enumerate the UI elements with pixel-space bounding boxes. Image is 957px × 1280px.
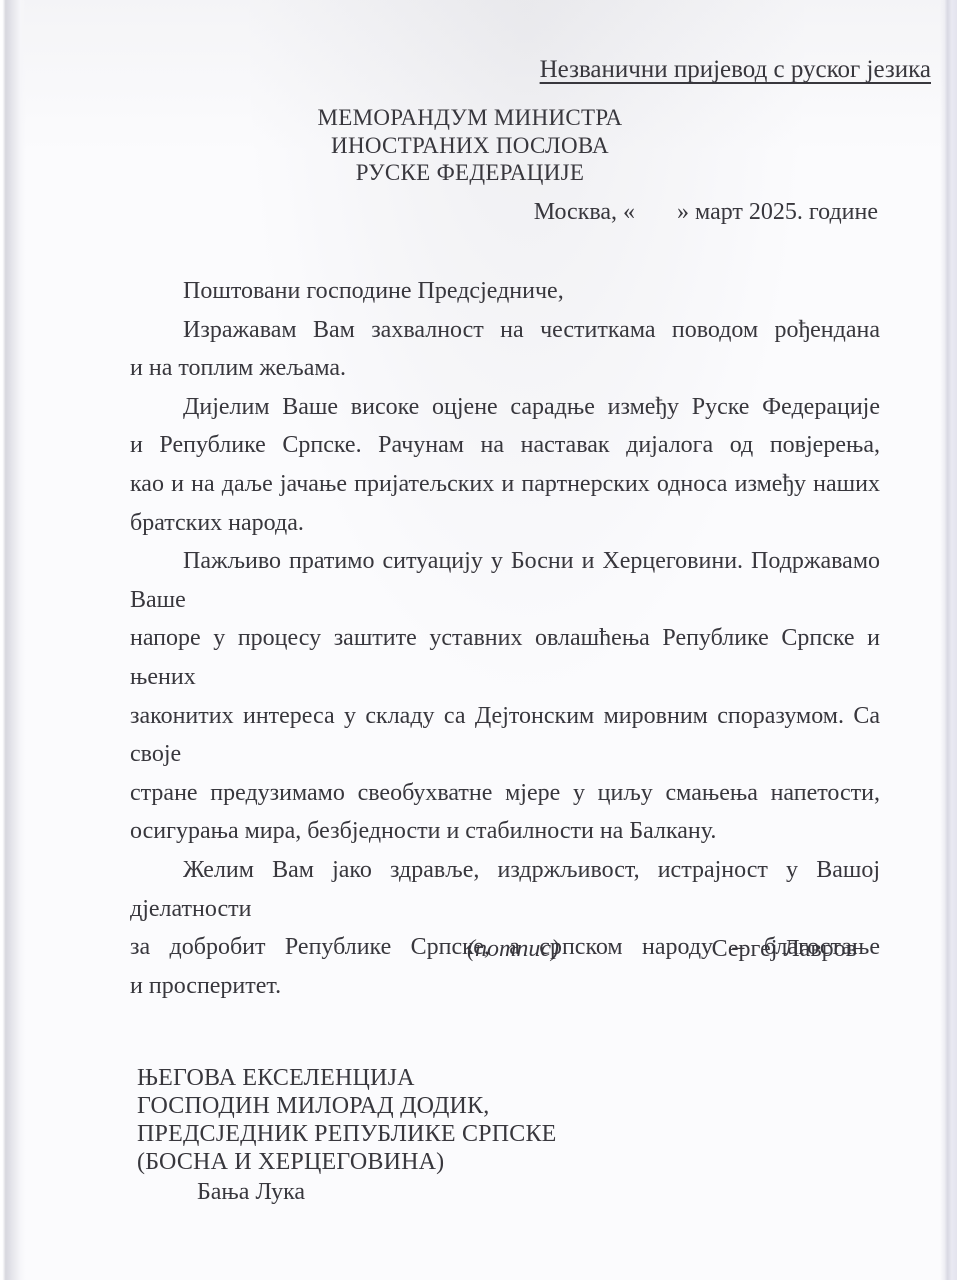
body-line: напоре у процесу заштите уставних овлашћ… bbox=[130, 619, 880, 696]
body-line: братских народа. bbox=[130, 504, 880, 543]
memo-title-line: РУСКЕ ФЕДЕРАЦИЈЕ bbox=[130, 159, 810, 187]
body-line: Желим Вам јако здравље, издржљивост, ист… bbox=[130, 851, 880, 928]
memo-title-line: ИНОСТРАНИХ ПОСЛОВА bbox=[130, 132, 810, 160]
dateline: Москва, « » март 2025. године bbox=[534, 199, 878, 226]
memo-title: МЕМОРАНДУМ МИНИСТРА ИНОСТРАНИХ ПОСЛОВА Р… bbox=[130, 104, 810, 187]
signature-row: (потпис) Сергеј Лавров bbox=[130, 934, 880, 965]
body-line: законитих интереса у складу са Дејтонски… bbox=[130, 697, 880, 774]
scanned-letter-page: Незванични пријевод с руског језика МЕМО… bbox=[0, 0, 957, 1280]
recipient-block: ЊЕГОВА ЕКСЕЛЕНЦИЈА ГОСПОДИН МИЛОРАД ДОДИ… bbox=[137, 1064, 557, 1206]
signature-annotation: (потпис) bbox=[467, 934, 559, 965]
body-line: Пажљиво пратимо ситуацију у Босни и Херц… bbox=[130, 542, 880, 619]
body-line: и Републике Српске. Рачунам на наставак … bbox=[130, 426, 880, 465]
body-line: и просперитет. bbox=[130, 967, 880, 1006]
translation-note: Незванични пријевод с руског језика bbox=[540, 56, 931, 84]
page-left-edge-shadow bbox=[0, 0, 26, 1280]
letter-body: Поштовани господине Предсједниче,Изражав… bbox=[130, 272, 880, 1005]
body-line: као и на даље јачање пријатељских и парт… bbox=[130, 465, 880, 504]
body-line: и на топлим жељама. bbox=[130, 349, 880, 388]
page-right-edge-shadow bbox=[940, 0, 957, 1280]
recipient-line: ПРЕДСЈЕДНИК РЕПУБЛИКЕ СРПСКЕ bbox=[137, 1120, 557, 1148]
body-line: стране предузимамо свеобухватне мјере у … bbox=[130, 774, 880, 813]
paragraph: Желим Вам јако здравље, издржљивост, ист… bbox=[130, 851, 880, 1005]
body-line: Изражавам Вам захвалност на честиткама п… bbox=[130, 311, 880, 350]
recipient-line: ГОСПОДИН МИЛОРАД ДОДИК, bbox=[137, 1092, 557, 1120]
body-line: Дијелим Ваше високе оцјене сарадње измеђ… bbox=[130, 388, 880, 427]
recipient-line: ЊЕГОВА ЕКСЕЛЕНЦИЈА bbox=[137, 1064, 557, 1092]
body-line: осигурања мира, безбједности и стабилнос… bbox=[130, 812, 880, 851]
paragraph: Дијелим Ваше високе оцјене сарадње измеђ… bbox=[130, 388, 880, 542]
recipient-line: (БОСНА И ХЕРЦЕГОВИНА) bbox=[137, 1148, 557, 1176]
memo-title-line: МЕМОРАНДУМ МИНИСТРА bbox=[130, 104, 810, 132]
paragraph: Поштовани господине Предсједниче, bbox=[130, 272, 880, 311]
paragraph: Изражавам Вам захвалност на честиткама п… bbox=[130, 311, 880, 388]
recipient-city: Бања Лука bbox=[197, 1178, 557, 1206]
signatory-name: Сергеј Лавров bbox=[712, 934, 857, 965]
body-line: Поштовани господине Предсједниче, bbox=[130, 272, 880, 311]
paragraph: Пажљиво пратимо ситуацију у Босни и Херц… bbox=[130, 542, 880, 851]
